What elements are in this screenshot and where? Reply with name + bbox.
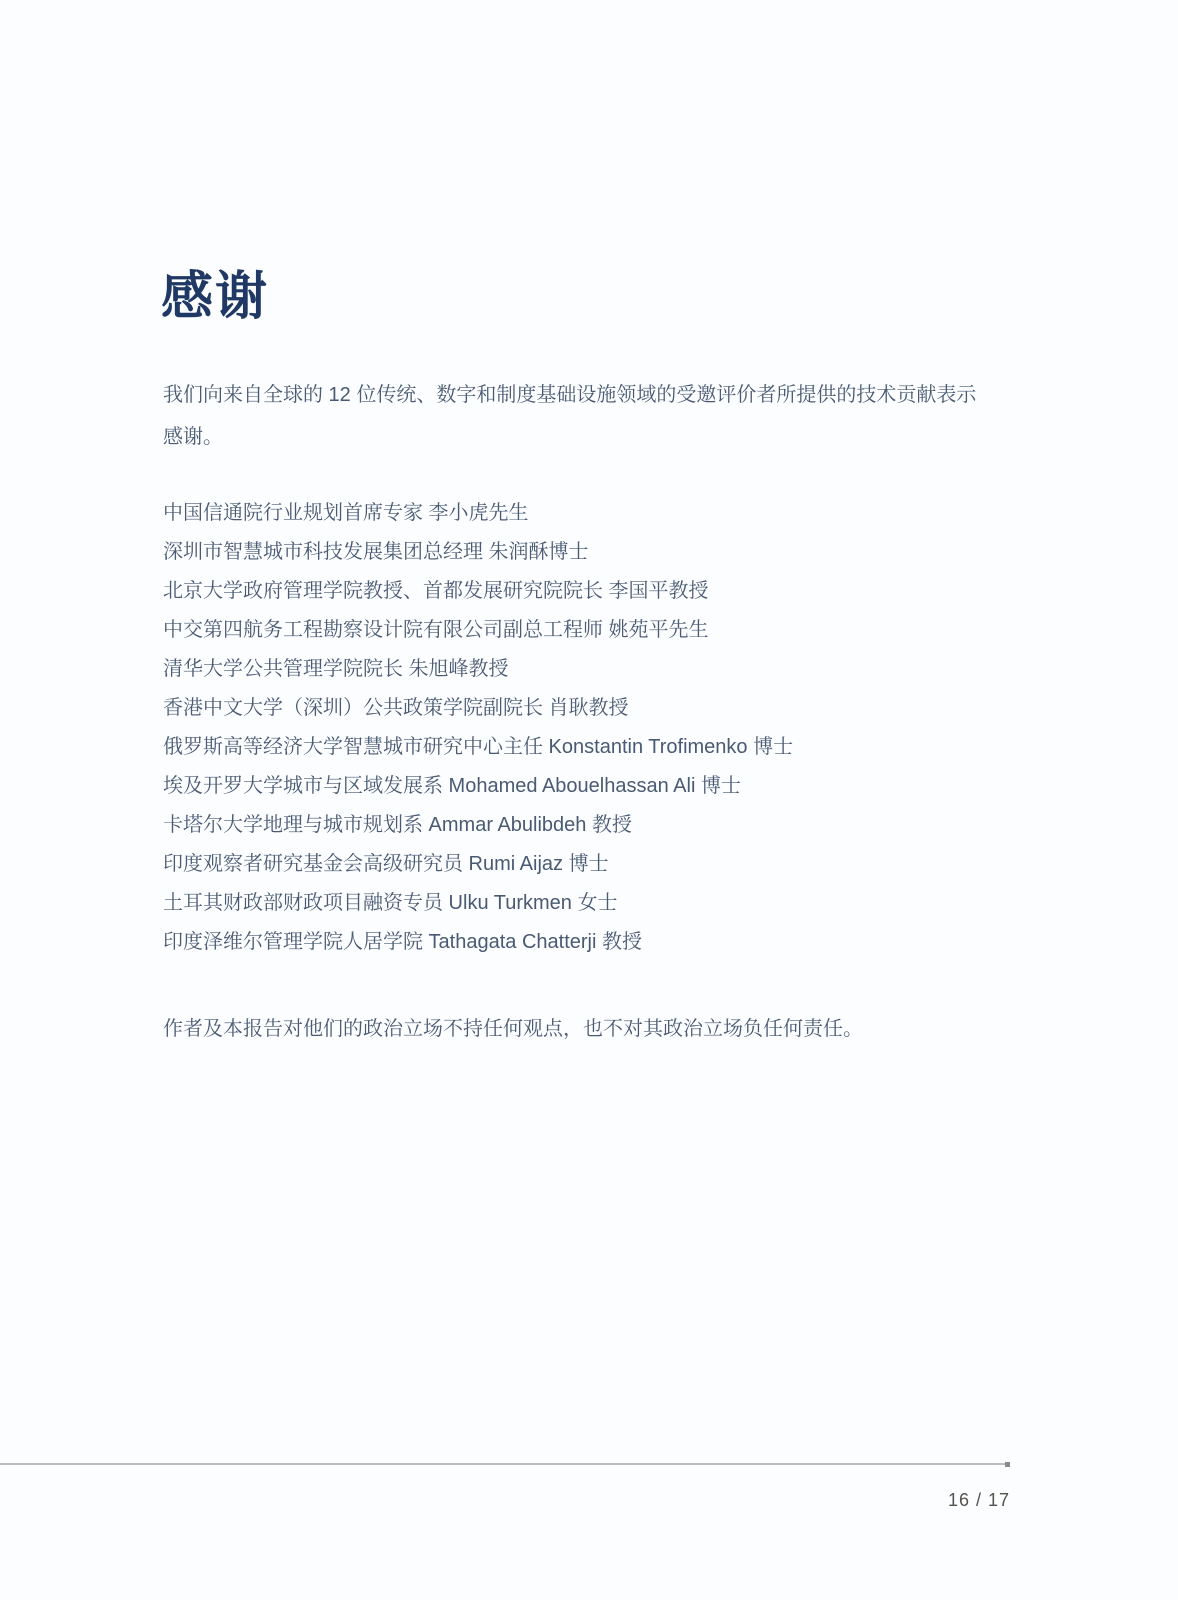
acknowledgee-line: 埃及开罗大学城市与区域发展系 Mohamed Abouelhassan Ali … xyxy=(163,767,1023,806)
document-page: 感谢 我们向来自全球的 12 位传统、数字和制度基础设施领域的受邀评价者所提供的… xyxy=(0,0,1178,1600)
intro-paragraph: 我们向来自全球的 12 位传统、数字和制度基础设施领域的受邀评价者所提供的技术贡… xyxy=(163,374,995,458)
acknowledgee-line: 中交第四航务工程勘察设计院有限公司副总工程师 姚苑平先生 xyxy=(163,611,1023,650)
acknowledgee-line: 土耳其财政部财政项目融资专员 Ulku Turkmen 女士 xyxy=(163,884,1023,923)
acknowledgee-line: 北京大学政府管理学院教授、首都发展研究院院长 李国平教授 xyxy=(163,572,1023,611)
acknowledgee-line: 清华大学公共管理学院院长 朱旭峰教授 xyxy=(163,650,1023,689)
acknowledgee-line: 中国信通院行业规划首席专家 李小虎先生 xyxy=(163,494,1023,533)
acknowledgee-line: 深圳市智慧城市科技发展集团总经理 朱润酥博士 xyxy=(163,533,1023,572)
acknowledgee-line: 印度观察者研究基金会高级研究员 Rumi Aijaz 博士 xyxy=(163,845,1023,884)
disclaimer-paragraph: 作者及本报告对他们的政治立场不持任何观点，也不对其政治立场负任何责任。 xyxy=(163,1012,1023,1046)
acknowledgee-line: 卡塔尔大学地理与城市规划系 Ammar Abulibdeh 教授 xyxy=(163,806,1023,845)
page-title: 感谢 xyxy=(161,266,269,328)
acknowledgee-list: 中国信通院行业规划首席专家 李小虎先生 深圳市智慧城市科技发展集团总经理 朱润酥… xyxy=(163,494,1023,962)
divider-end-dot xyxy=(1005,1462,1010,1467)
acknowledgee-line: 印度泽维尔管理学院人居学院 Tathagata Chatterji 教授 xyxy=(163,923,1023,962)
acknowledgee-line: 香港中文大学（深圳）公共政策学院副院长 肖耿教授 xyxy=(163,689,1023,728)
footer-divider xyxy=(0,1463,1008,1465)
page-number: 16 / 17 xyxy=(948,1490,1010,1511)
acknowledgee-line: 俄罗斯高等经济大学智慧城市研究中心主任 Konstantin Trofimenk… xyxy=(163,728,1023,767)
